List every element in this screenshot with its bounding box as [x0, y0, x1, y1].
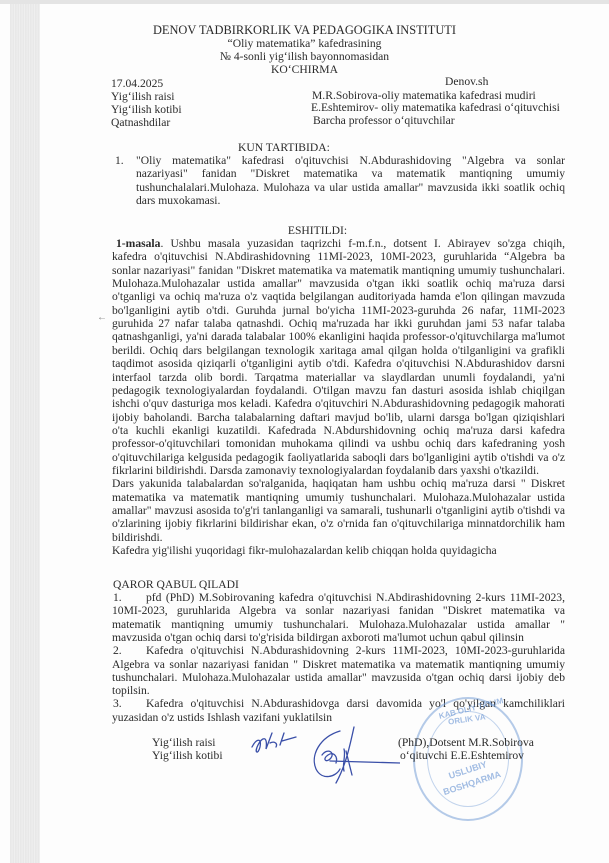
- meeting-date: 17.04.2025: [111, 78, 163, 91]
- attendees-label: Qatnashdilar: [111, 117, 170, 130]
- signature-secretary-name: o‘qituvchi E.E.Eshtemirov: [400, 750, 524, 763]
- text-line: taqdimot asosida qiziqarli o'tganligini …: [112, 358, 565, 371]
- meeting-place: Denov.sh: [445, 76, 488, 89]
- text-line: ishchi o'quv dasturiga mos keladi. Kafed…: [112, 398, 565, 411]
- text-line: 1-masala. Ushbu masala yuzasidan taqrizc…: [116, 238, 565, 251]
- attendees-value: Barcha professor o‘qituvchilar: [313, 115, 455, 128]
- margin-arrow-mark: ←: [97, 312, 107, 325]
- decision-item-line: pfd (PhD) M.Sobirovaning kafedra o'qituv…: [146, 592, 565, 605]
- signature-secretary-role: Yig‘ilish kotibi: [152, 750, 223, 763]
- issue-label: 1-masala: [116, 237, 160, 250]
- handwritten-signatures: [250, 725, 400, 787]
- decision-title: QAROR QABUL QILADI: [113, 579, 239, 592]
- text-line: nazariyasi" fanidan "Diskret matematika …: [136, 168, 565, 181]
- text-line: qatnashganligi, ya'ni darada talabalar 1…: [112, 331, 565, 344]
- signature-chair-name: (PhD),Dotsent M.R.Sobirova: [398, 737, 534, 750]
- text-line: matematika va matematik mantiqning umumi…: [112, 492, 565, 505]
- secretary-label: Yig‘ilish kotibi: [111, 104, 182, 117]
- text-line: tushunchalalari.Mulohaza. Mulohaza va ul…: [136, 182, 565, 195]
- decision-item-number: 1.: [113, 592, 122, 605]
- chair-label: Yig‘ilish raisi: [111, 91, 174, 104]
- text-line: berildi. Ochiq dars belgilangan texnolog…: [112, 345, 565, 358]
- text-line: o'zlarining ijobiy fikrlarini bildirisha…: [112, 518, 565, 531]
- text-line: ijobiy baholandi. Barcha talabalarning d…: [112, 412, 565, 425]
- text-line: Kafedra yig'ilishi yuqoridagi fikr-muloh…: [112, 545, 565, 558]
- text-line: o'ta kuchli ekanligi kuzatildi. Kafedrad…: [112, 425, 565, 438]
- text-line: fikrlarini bildirishdi. Darsda zamonaviy…: [112, 465, 565, 478]
- protocol-number: № 4-sonli yig‘ilish bayonnomasidan: [0, 51, 609, 64]
- text-line: dars muxokamasi.: [136, 195, 565, 208]
- text-line: bildirishdi.: [112, 532, 565, 545]
- decision-item-number: 2.: [113, 645, 122, 658]
- text-line: Mulohaza.Mulohazalar ustida amallar" mav…: [112, 278, 565, 291]
- text-line: o'tganligi va ochiq ma'ruza o'z vaqtida …: [112, 291, 565, 304]
- text-line: guruhida 27 nafar talaba qatnashdi. Ochi…: [112, 318, 565, 331]
- text-line: bo'lganligini aytib o'tdi. Guruhda jurna…: [112, 305, 565, 318]
- decision-item-line: topilsin.: [112, 685, 565, 698]
- decision-item-line: matematik mantiqning umumiy tushunchalar…: [112, 619, 565, 632]
- decision-item-line: mavzusida o'tgan ochiq darsi to'g'risida…: [112, 632, 565, 645]
- agenda-title: KUN TARTIBIDA:: [238, 142, 330, 155]
- decision-item-line: Kafedra o'qituvchisi N.Abdurashidovning …: [146, 645, 565, 658]
- decision-item-line: Algebra va sonlar nazariyasi fanidan " D…: [112, 659, 565, 672]
- signature-chair-role: Yig‘ilish raisi: [152, 737, 215, 750]
- agenda-item-number: 1.: [115, 155, 124, 168]
- text-line: "Oliy matematika" kafedrasi o'qituvchisi…: [136, 155, 565, 168]
- secretary-value: E.Eshtemirov- oliy matematika kafedrasi …: [311, 102, 560, 115]
- heard-title: ESHITILDI:: [0, 225, 609, 238]
- document-page: DENOV TADBIRKORLIK VA PEDAGOGIKA INSTITU…: [0, 0, 609, 863]
- text-line: o'qituvchilariga kelgusida pedagogik fao…: [112, 452, 565, 465]
- decision-item-number: 3.: [113, 698, 122, 711]
- text-line: interfaol tarzda olib bordi. Tarqatma ma…: [112, 372, 565, 385]
- institute-title: DENOV TADBIRKORLIK VA PEDAGOGIKA INSTITU…: [0, 24, 609, 37]
- text-line: amallar" mavzusi asosida to'g'ri tanlang…: [112, 505, 565, 518]
- decision-item-line: 10MI-2023, guruhlarida Algebra va sonlar…: [112, 605, 565, 618]
- decision-item-line: tushunchalari. Mulohaza.Mulohazalar usti…: [112, 672, 565, 685]
- department-name: “Oliy matematika” kafedrasining: [0, 38, 609, 51]
- text-line: kafedra o'qituvchisi N.Abdirashidovning …: [112, 251, 565, 264]
- text-line: Dars yakunida talabalardan so'ralganida,…: [112, 478, 565, 491]
- text-line: professor-o'qituvchilari tomonidan muhok…: [112, 438, 565, 451]
- document-type: KO‘CHIRMA: [0, 64, 609, 77]
- text-line: sonlar nazariyasi" fanidan "Diskret mate…: [112, 265, 565, 278]
- text-line: pedagogik texnologiyalardan foydalandi. …: [112, 385, 565, 398]
